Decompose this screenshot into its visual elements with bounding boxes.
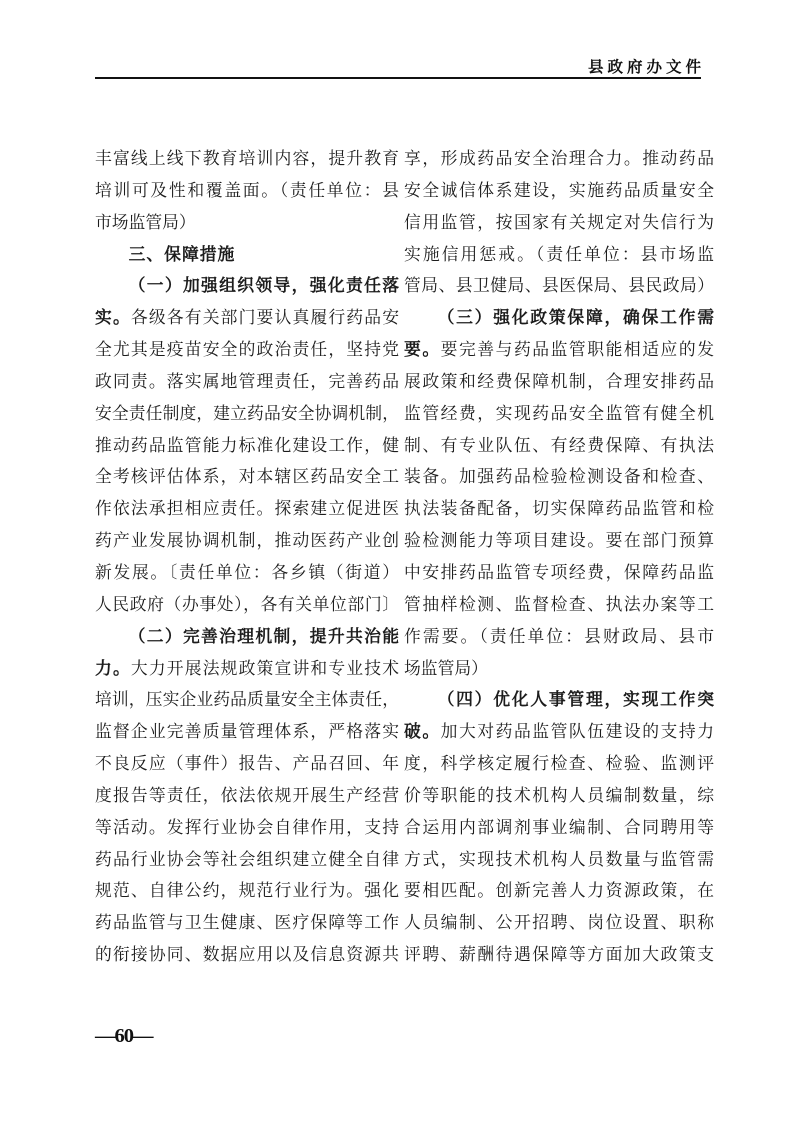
text-line: 安全诚信体系建设，实施药品质量安全 <box>404 175 714 207</box>
text-segment-bold: 破。 <box>404 722 441 741</box>
page-number: —60— <box>95 1025 153 1048</box>
text-segment: 执法装备配备，切实保障药品监管和检 <box>404 499 714 518</box>
text-line: 培训可及性和覆盖面。（责任单位：县 <box>95 175 399 207</box>
text-segment-bold: 实。 <box>95 308 131 327</box>
text-line: 人员编制、公开招聘、岗位设置、职称 <box>404 907 714 939</box>
text-line: 药产业发展协调机制，推动医药产业创 <box>95 525 399 557</box>
text-line: （三）强化政策保障，确保工作需 <box>404 302 714 334</box>
text-line: 合运用内部调剂事业编制、合同聘用等 <box>404 812 714 844</box>
text-line: 展政策和经费保障机制，合理安排药品 <box>404 366 714 398</box>
text-segment-bold: （三）强化政策保障，确保工作需 <box>438 308 714 327</box>
text-segment: 实施信用惩戒。（责任单位：县市场监 <box>404 245 714 264</box>
text-line: 度，科学核定履行检查、检验、监测评 <box>404 748 714 780</box>
text-line: 药品监管与卫生健康、医疗保障等工作 <box>95 907 399 939</box>
text-line: 力。大力开展法规政策宣讲和专业技术 <box>95 653 399 685</box>
text-line: 规范、自律公约，规范行业行为。强化 <box>95 875 399 907</box>
text-line: 享，形成药品安全治理合力。推动药品 <box>404 143 714 175</box>
text-line: 验检测能力等项目建设。要在部门预算 <box>404 525 714 557</box>
text-line: 安全责任制度，建立药品安全协调机制， <box>95 398 399 430</box>
text-segment: 全尤其是疫苗安全的政治责任，坚持党 <box>95 340 399 359</box>
text-segment: 监管经费，实现药品安全监管有健全机 <box>404 404 714 423</box>
text-segment: 享，形成药品安全治理合力。推动药品 <box>404 149 714 168</box>
text-line: 要相匹配。创新完善人力资源政策，在 <box>404 875 714 907</box>
text-line: 执法装备配备，切实保障药品监管和检 <box>404 493 714 525</box>
text-line: （一）加强组织领导，强化责任落 <box>95 270 399 302</box>
left-column: 丰富线上线下教育培训内容，提升教育培训可及性和覆盖面。（责任单位：县市场监管局）… <box>95 143 399 971</box>
document-page: 县政府办文件 丰富线上线下教育培训内容，提升教育培训可及性和覆盖面。（责任单位：… <box>0 0 793 1122</box>
text-segment: 加大对药品监管队伍建设的支持力 <box>441 722 714 741</box>
text-segment: 方式，实现技术机构人员数量与监管需 <box>404 850 714 869</box>
text-line: 全考核评估体系，对本辖区药品安全工 <box>95 461 399 493</box>
text-line: 推动药品监管能力标准化建设工作，健 <box>95 430 399 462</box>
text-line: 场监管局） <box>404 653 714 685</box>
text-segment: 政同责。落实属地管理责任，完善药品 <box>95 372 399 391</box>
text-segment: 装备。加强药品检验检测设备和检查、 <box>404 467 714 486</box>
text-segment-bold: （四）优化人事管理，实现工作突 <box>438 690 714 709</box>
text-segment: 度报告等责任，依法依规开展生产经营 <box>95 786 399 805</box>
text-segment: 作依法承担相应责任。探索建立促进医 <box>95 499 399 518</box>
text-segment: 规范、自律公约，规范行业行为。强化 <box>95 881 399 900</box>
text-segment: 中安排药品监管专项经费，保障药品监 <box>404 563 714 582</box>
text-line: 价等职能的技术机构人员编制数量，综 <box>404 780 714 812</box>
text-line: 装备。加强药品检验检测设备和检查、 <box>404 461 714 493</box>
text-segment: 人员编制、公开招聘、岗位设置、职称 <box>404 913 714 932</box>
text-segment: 药品监管与卫生健康、医疗保障等工作 <box>95 913 399 932</box>
text-line: 要。要完善与药品监管职能相适应的发 <box>404 334 714 366</box>
text-line: 实施信用惩戒。（责任单位：县市场监 <box>404 239 714 271</box>
text-line: 培训，压实企业药品质量安全主体责任， <box>95 684 399 716</box>
text-line: 信用监管，按国家有关规定对失信行为 <box>404 207 714 239</box>
text-segment: 培训可及性和覆盖面。（责任单位：县 <box>95 181 399 200</box>
text-segment: 监督企业完善质量管理体系，严格落实 <box>95 722 399 741</box>
text-line: （四）优化人事管理，实现工作突 <box>404 684 714 716</box>
text-segment: 人民政府（办事处），各有关单位部门〕 <box>95 595 399 614</box>
text-line: 实。各级各有关部门要认真履行药品安 <box>95 302 399 334</box>
header-rule <box>95 77 701 79</box>
text-segment: 信用监管，按国家有关规定对失信行为 <box>404 213 714 232</box>
text-segment: 制、有专业队伍、有经费保障、有执法 <box>404 436 714 455</box>
text-line: 不良反应（事件）报告、产品召回、年 <box>95 748 399 780</box>
text-segment-bold: 力。 <box>95 659 131 678</box>
text-line: 度报告等责任，依法依规开展生产经营 <box>95 780 399 812</box>
text-line: 作依法承担相应责任。探索建立促进医 <box>95 493 399 525</box>
text-segment: 推动药品监管能力标准化建设工作，健 <box>95 436 399 455</box>
text-line: 的衔接协同、数据应用以及信息资源共 <box>95 939 399 971</box>
text-segment: 度，科学核定履行检查、检验、监测评 <box>404 754 714 773</box>
text-segment: 不良反应（事件）报告、产品召回、年 <box>95 754 399 773</box>
text-line: 丰富线上线下教育培训内容，提升教育 <box>95 143 399 175</box>
text-segment: 培训，压实企业药品质量安全主体责任， <box>95 690 399 709</box>
text-line: 全尤其是疫苗安全的政治责任，坚持党 <box>95 334 399 366</box>
page-header-title: 县政府办文件 <box>588 55 705 77</box>
text-line: 监督企业完善质量管理体系，严格落实 <box>95 716 399 748</box>
text-line: 管局、县卫健局、县医保局、县民政局） <box>404 270 714 302</box>
text-line: 制、有专业队伍、有经费保障、有执法 <box>404 430 714 462</box>
text-segment: 管局、县卫健局、县医保局、县民政局） <box>404 276 714 295</box>
text-segment: 等活动。发挥行业协会自律作用，支持 <box>95 818 399 837</box>
text-line: 管抽样检测、监督检查、执法办案等工 <box>404 589 714 621</box>
text-segment: 安全诚信体系建设，实施药品质量安全 <box>404 181 714 200</box>
text-segment: 各级各有关部门要认真履行药品安 <box>131 308 399 327</box>
text-line: 新发展。〔责任单位：各乡镇（街道） <box>95 557 399 589</box>
text-line: 方式，实现技术机构人员数量与监管需 <box>404 844 714 876</box>
text-segment: 价等职能的技术机构人员编制数量，综 <box>404 786 714 805</box>
text-line: 作需要。（责任单位：县财政局、县市 <box>404 621 714 653</box>
text-line: 等活动。发挥行业协会自律作用，支持 <box>95 812 399 844</box>
text-segment: 药产业发展协调机制，推动医药产业创 <box>95 531 399 550</box>
text-segment: 丰富线上线下教育培训内容，提升教育 <box>95 149 399 168</box>
text-segment: 管抽样检测、监督检查、执法办案等工 <box>404 595 714 614</box>
text-segment: 作需要。（责任单位：县财政局、县市 <box>404 627 714 646</box>
text-segment: 展政策和经费保障机制，合理安排药品 <box>404 372 714 391</box>
text-line: （二）完善治理机制，提升共治能 <box>95 621 399 653</box>
text-line: 政同责。落实属地管理责任，完善药品 <box>95 366 399 398</box>
text-segment: 药品行业协会等社会组织建立健全自律 <box>95 850 399 869</box>
text-segment: 的衔接协同、数据应用以及信息资源共 <box>95 945 399 964</box>
text-line: 三、保障措施 <box>95 239 399 271</box>
text-line: 市场监管局） <box>95 207 399 239</box>
right-column: 享，形成药品安全治理合力。推动药品安全诚信体系建设，实施药品质量安全信用监管，按… <box>404 143 714 971</box>
text-segment: 场监管局） <box>404 659 488 678</box>
text-line: 中安排药品监管专项经费，保障药品监 <box>404 557 714 589</box>
text-segment: 安全责任制度，建立药品安全协调机制， <box>95 404 399 423</box>
text-segment: 验检测能力等项目建设。要在部门预算 <box>404 531 714 550</box>
text-segment: 要相匹配。创新完善人力资源政策，在 <box>404 881 714 900</box>
text-segment: 要完善与药品监管职能相适应的发 <box>441 340 714 359</box>
text-line: 评聘、薪酬待遇保障等方面加大政策支 <box>404 939 714 971</box>
text-line: 监管经费，实现药品安全监管有健全机 <box>404 398 714 430</box>
text-segment: 合运用内部调剂事业编制、合同聘用等 <box>404 818 714 837</box>
text-segment-bold: 要。 <box>404 340 441 359</box>
text-line: 破。加大对药品监管队伍建设的支持力 <box>404 716 714 748</box>
text-segment: 新发展。〔责任单位：各乡镇（街道） <box>95 563 399 582</box>
text-line: 人民政府（办事处），各有关单位部门〕 <box>95 589 399 621</box>
text-segment: 市场监管局） <box>95 213 196 232</box>
text-segment: 全考核评估体系，对本辖区药品安全工 <box>95 467 399 486</box>
text-segment-bold: （一）加强组织领导，强化责任落 <box>129 276 399 295</box>
text-line: 药品行业协会等社会组织建立健全自律 <box>95 844 399 876</box>
text-segment-bold: （二）完善治理机制，提升共治能 <box>129 627 399 646</box>
text-segment: 评聘、薪酬待遇保障等方面加大政策支 <box>404 945 714 964</box>
text-segment: 大力开展法规政策宣讲和专业技术 <box>131 659 399 678</box>
text-segment-heading: 三、保障措施 <box>129 245 236 264</box>
